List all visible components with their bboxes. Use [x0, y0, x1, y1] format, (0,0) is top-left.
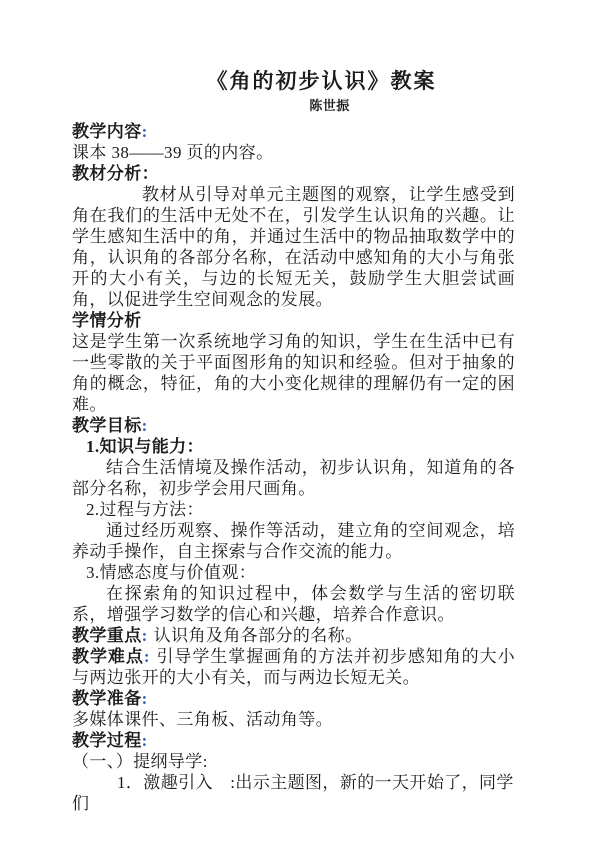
- heading-label: 教材分析：: [72, 164, 159, 183]
- key-point-body: 认识角及角各部分的名称。: [154, 626, 363, 645]
- heading-label: 教学难点: [72, 647, 144, 666]
- heading-colon: :: [144, 647, 150, 666]
- teaching-content-body: 课本 38——39 页的内容。: [72, 142, 515, 163]
- material-analysis-paragraph: 教材从引导对单元主题图的观察，让学生感受到角在我们的生活中无处不在，引发学生认识…: [72, 184, 515, 310]
- heading-label: 学情分析: [72, 311, 142, 330]
- key-point-line: 教学重点:认识角及角各部分的名称。: [72, 625, 515, 646]
- section-heading-preparation: 教学准备:: [72, 688, 515, 709]
- heading-label: 教学内容: [72, 122, 142, 141]
- section-heading-learner-analysis: 学情分析: [72, 310, 515, 331]
- preparation-body: 多媒体课件、三角板、活动角等。: [72, 709, 515, 730]
- section-heading-teaching-content: 教学内容:: [72, 121, 515, 142]
- objective3-paragraph: 在探索角的知识过程中，体会数学与生活的密切联系，增强学习数学的信心和兴趣，培养合…: [72, 583, 515, 625]
- heading-colon: :: [142, 626, 148, 645]
- objective1-paragraph: 结合生活情境及操作活动，初步认识角，知道角的各部分名称，初步学会用尺画角。: [72, 457, 515, 499]
- heading-colon: :: [142, 689, 148, 708]
- objective1-heading: 1.知识与能力：: [72, 436, 515, 457]
- objective2-heading: 2.过程与方法：: [72, 499, 515, 520]
- heading-label: 教学过程: [72, 731, 142, 750]
- author-name: 陈世振: [108, 96, 551, 116]
- document-page: 《角的初步认识》教案 陈世振 教学内容: 课本 38——39 页的内容。 教材分…: [0, 0, 595, 842]
- section-heading-process: 教学过程:: [72, 730, 515, 751]
- objective2-paragraph: 通过经历观察、操作等活动，建立角的空间观念，培养动手操作，自主探索与合作交流的能…: [72, 520, 515, 562]
- learner-analysis-paragraph: 这是学生第一次系统地学习角的知识，学生在生活中已有一些零散的关于平面图形角的知识…: [72, 331, 515, 415]
- heading-label: 教学重点: [72, 626, 142, 645]
- document-title: 《角的初步认识》教案: [100, 66, 543, 96]
- heading-colon: :: [142, 731, 148, 750]
- heading-colon: :: [142, 416, 148, 435]
- process-step1-line: （一、）提纲导学:: [72, 751, 515, 772]
- heading-colon: :: [142, 122, 148, 141]
- process-step2-line: 1．激趣引入 :出示主题图，新的一天开始了，同学们: [72, 772, 515, 814]
- section-heading-objectives: 教学目标:: [72, 415, 515, 436]
- heading-label: 1.知识与能力：: [86, 437, 204, 456]
- objective3-heading: 3.情感态度与价值观：: [72, 562, 515, 583]
- difficulty-line: 教学难点:引导学生掌握画角的方法并初步感知角的大小与两边张开的大小有关，而与两边…: [72, 646, 515, 688]
- section-heading-material-analysis: 教材分析：: [72, 163, 515, 184]
- heading-label: 教学准备: [72, 689, 142, 708]
- heading-label: 教学目标: [72, 416, 142, 435]
